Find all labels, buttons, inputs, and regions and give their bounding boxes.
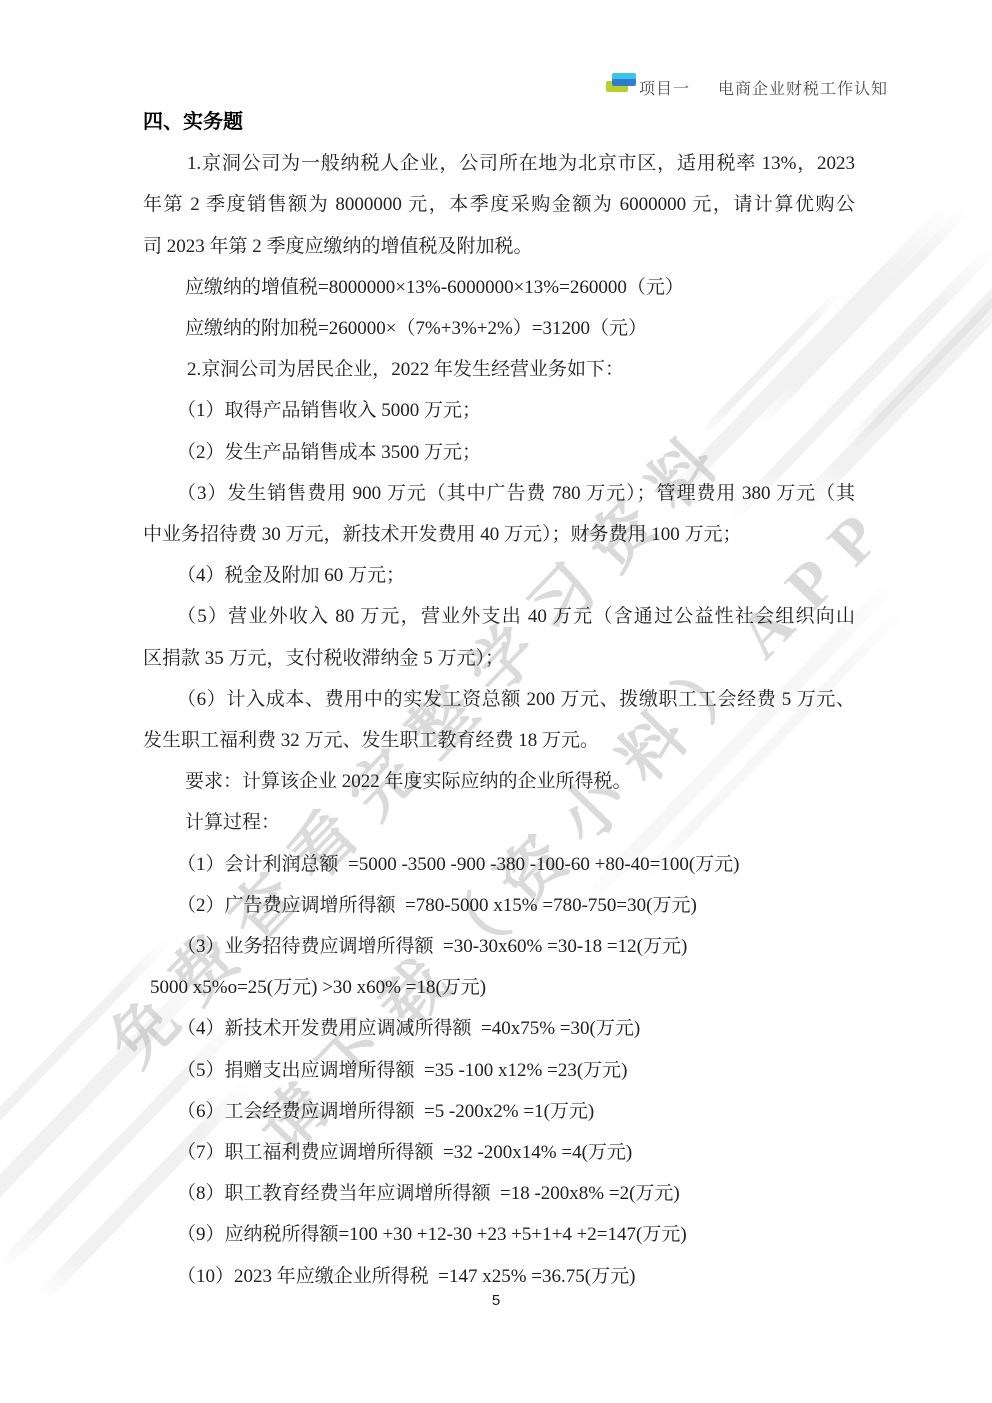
text-line: （2）广告费应调增所得额 =780-5000 x15% =780-750=30(… xyxy=(143,885,855,926)
text-line: （5）营业外收入 80 万元，营业外支出 40 万元（含通过公益性社会组织向山 xyxy=(143,596,855,637)
text-line: （7）职工福利费应调增所得额 =32 -200x14% =4(万元) xyxy=(143,1132,855,1173)
text-line: （4）新技术开发费用应调减所得额 =40x75% =30(万元) xyxy=(143,1008,855,1049)
text-line: 5000 x5%o=25(万元) >30 x60% =18(万元) xyxy=(143,967,855,1008)
project-label: 项目一 xyxy=(639,81,690,98)
text-line: （4）税金及附加 60 万元； xyxy=(143,555,855,596)
text-line: （8）职工教育经费当年应调增所得额 =18 -200x8% =2(万元) xyxy=(143,1173,855,1214)
text-line: 2.京洞公司为居民企业，2022 年发生经营业务如下： xyxy=(143,349,855,390)
text-line: 中业务招待费 30 万元，新技术开发费用 40 万元）；财务费用 100 万元； xyxy=(143,514,855,555)
header-running-title: 项目一电商企业财税工作认知 xyxy=(639,76,888,99)
section-title: 四、实务题 xyxy=(143,102,855,143)
page-number: 5 xyxy=(0,1292,992,1309)
text-line: （6）工会经费应调增所得额 =5 -200x2% =1(万元) xyxy=(143,1091,855,1132)
text-line: （1）取得产品销售收入 5000 万元； xyxy=(143,390,855,431)
text-line: （9）应纳税所得额=100 +30 +12-30 +23 +5+1+4 +2=1… xyxy=(143,1214,855,1255)
text-line: 发生职工福利费 32 万元、发生职工教育经费 18 万元。 xyxy=(143,720,855,761)
text-line: 1.京洞公司为一般纳税人企业，公司所在地为北京市区，适用税率 13%，2023 xyxy=(143,143,855,184)
text-line: （10）2023 年应缴企业所得税 =147 x25% =36.75(万元) xyxy=(143,1256,855,1297)
text-line: 区捐款 35 万元，支付税收滞纳金 5 万元）； xyxy=(143,638,855,679)
text-line: 应缴纳的增值税=8000000×13%-6000000×13%=260000（元… xyxy=(143,267,855,308)
text-line: 要求：计算该企业 2022 年度实际应纳的企业所得税。 xyxy=(143,761,855,802)
text-line: （5）捐赠支出应调增所得额 =35 -100 x12% =23(万元) xyxy=(143,1050,855,1091)
text-line: 应缴纳的附加税=260000×（7%+3%+2%）=31200（元） xyxy=(143,308,855,349)
text-line: （1）会计利润总额 =5000 -3500 -900 -380 -100-60 … xyxy=(143,844,855,885)
text-line: 司 2023 年第 2 季度应缴纳的增值税及附加税。 xyxy=(143,226,855,267)
chapter-title: 电商企业财税工作认知 xyxy=(718,81,888,98)
project-logo-icon xyxy=(606,72,638,98)
document-body: 四、实务题 1.京洞公司为一般纳税人企业，公司所在地为北京市区，适用税率 13%… xyxy=(143,102,855,1297)
text-line: （3）发生销售费用 900 万元（其中广告费 780 万元）；管理费用 380 … xyxy=(143,473,855,514)
text-line: 计算过程： xyxy=(143,802,855,843)
page-header: 项目一电商企业财税工作认知 xyxy=(0,70,992,102)
logo-blue-bar-icon xyxy=(612,73,636,86)
brush-stroke xyxy=(843,255,992,452)
document-page: 免费查看完整学习资料 请下载（资小料）APP 项目一电商企业财税工作认知 四、实… xyxy=(0,0,992,1403)
text-line: （2）发生产品销售成本 3500 万元； xyxy=(143,432,855,473)
body-lines: 1.京洞公司为一般纳税人企业，公司所在地为北京市区，适用税率 13%，2023年… xyxy=(143,143,855,1297)
text-line: 年第 2 季度销售额为 8000000 元，本季度采购金额为 6000000 元… xyxy=(143,184,855,225)
text-line: （3）业务招待费应调增所得额 =30-30x60% =30-18 =12(万元) xyxy=(143,926,855,967)
text-line: （6）计入成本、费用中的实发工资总额 200 万元、拨缴职工工会经费 5 万元、 xyxy=(143,679,855,720)
